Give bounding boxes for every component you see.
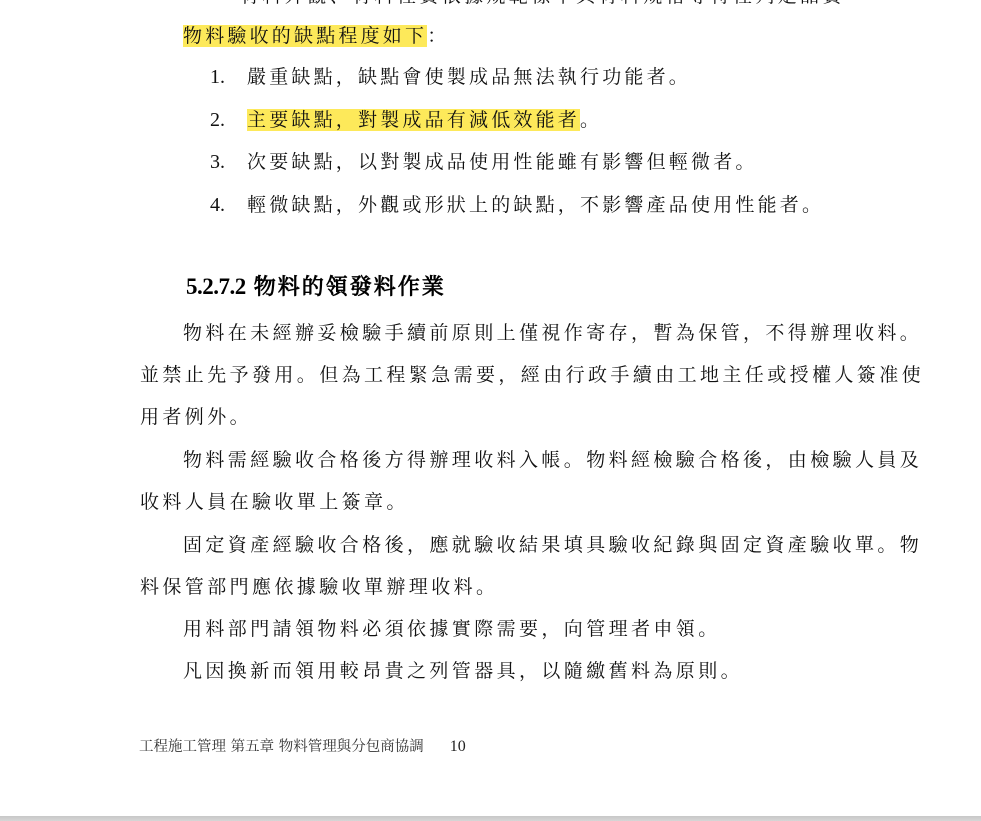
highlighted-text: 物料驗收的缺點程度如下: [183, 25, 427, 47]
list-text: 輕微缺點，外觀或形狀上的缺點，不影響產品使用性能者。: [247, 192, 824, 218]
document-page: 材料外觀、材料性質依據規範標準與材料規格等特性判定品質 物料驗收的缺點程度如下：…: [0, 0, 981, 816]
list-text: 嚴重缺點，缺點會使製成品無法執行功能者。: [247, 64, 691, 90]
page-number: 10: [450, 738, 466, 755]
list-suffix: 。: [580, 109, 602, 131]
list-text: 主要缺點，對製成品有減低效能者。: [247, 107, 602, 133]
list-number: 2.: [210, 107, 225, 133]
defects-intro: 物料驗收的缺點程度如下：: [183, 23, 449, 49]
list-number: 1.: [210, 64, 225, 90]
list-number: 4.: [210, 192, 225, 218]
pdf-viewport[interactable]: 材料外觀、材料性質依據規範標準與材料規格等特性判定品質 物料驗收的缺點程度如下：…: [0, 0, 981, 821]
paragraph-line: 用者例外。: [140, 404, 252, 430]
clipped-text-line: 材料外觀、材料性質依據規範標準與材料規格等特性判定品質: [240, 0, 845, 9]
list-number: 3.: [210, 149, 225, 175]
paragraph-line: 固定資產經驗收合格後，應就驗收結果填具驗收紀錄與固定資產驗收單。物: [183, 532, 922, 558]
section-number: 5.2.7.2: [186, 274, 246, 299]
paragraph-line: 收料人員在驗收單上簽章。: [140, 489, 409, 515]
page-footer: 工程施工管理 第五章 物料管理與分包商協調10: [139, 737, 466, 757]
paragraph-line: 物料在未經辦妥檢驗手續前原則上僅視作寄存，暫為保管，不得辦理收料。: [183, 320, 922, 346]
paragraph-line: 用料部門請領物料必須依據實際需要，向管理者申領。: [183, 616, 721, 642]
paragraph-line: 凡因換新而領用較昂貴之列管器具，以隨繳舊料為原則。: [183, 658, 743, 684]
page-separator: [0, 816, 981, 821]
highlighted-text: 主要缺點，對製成品有減低效能者: [247, 109, 580, 131]
section-heading: 5.2.7.2物料的領發料作業: [186, 272, 446, 303]
paragraph-line: 並禁止先予發用。但為工程緊急需要，經由行政手續由工地主任或授權人簽准使: [140, 362, 924, 388]
section-title: 物料的領發料作業: [254, 275, 446, 300]
intro-suffix: ：: [427, 25, 449, 47]
footer-text: 工程施工管理 第五章 物料管理與分包商協調: [139, 739, 424, 755]
paragraph-line: 料保管部門應依據驗收單辦理收料。: [140, 574, 498, 600]
paragraph-line: 物料需經驗收合格後方得辦理收料入帳。物料經檢驗合格後，由檢驗人員及: [183, 447, 922, 473]
list-text: 次要缺點，以對製成品使用性能雖有影響但輕微者。: [247, 149, 758, 175]
